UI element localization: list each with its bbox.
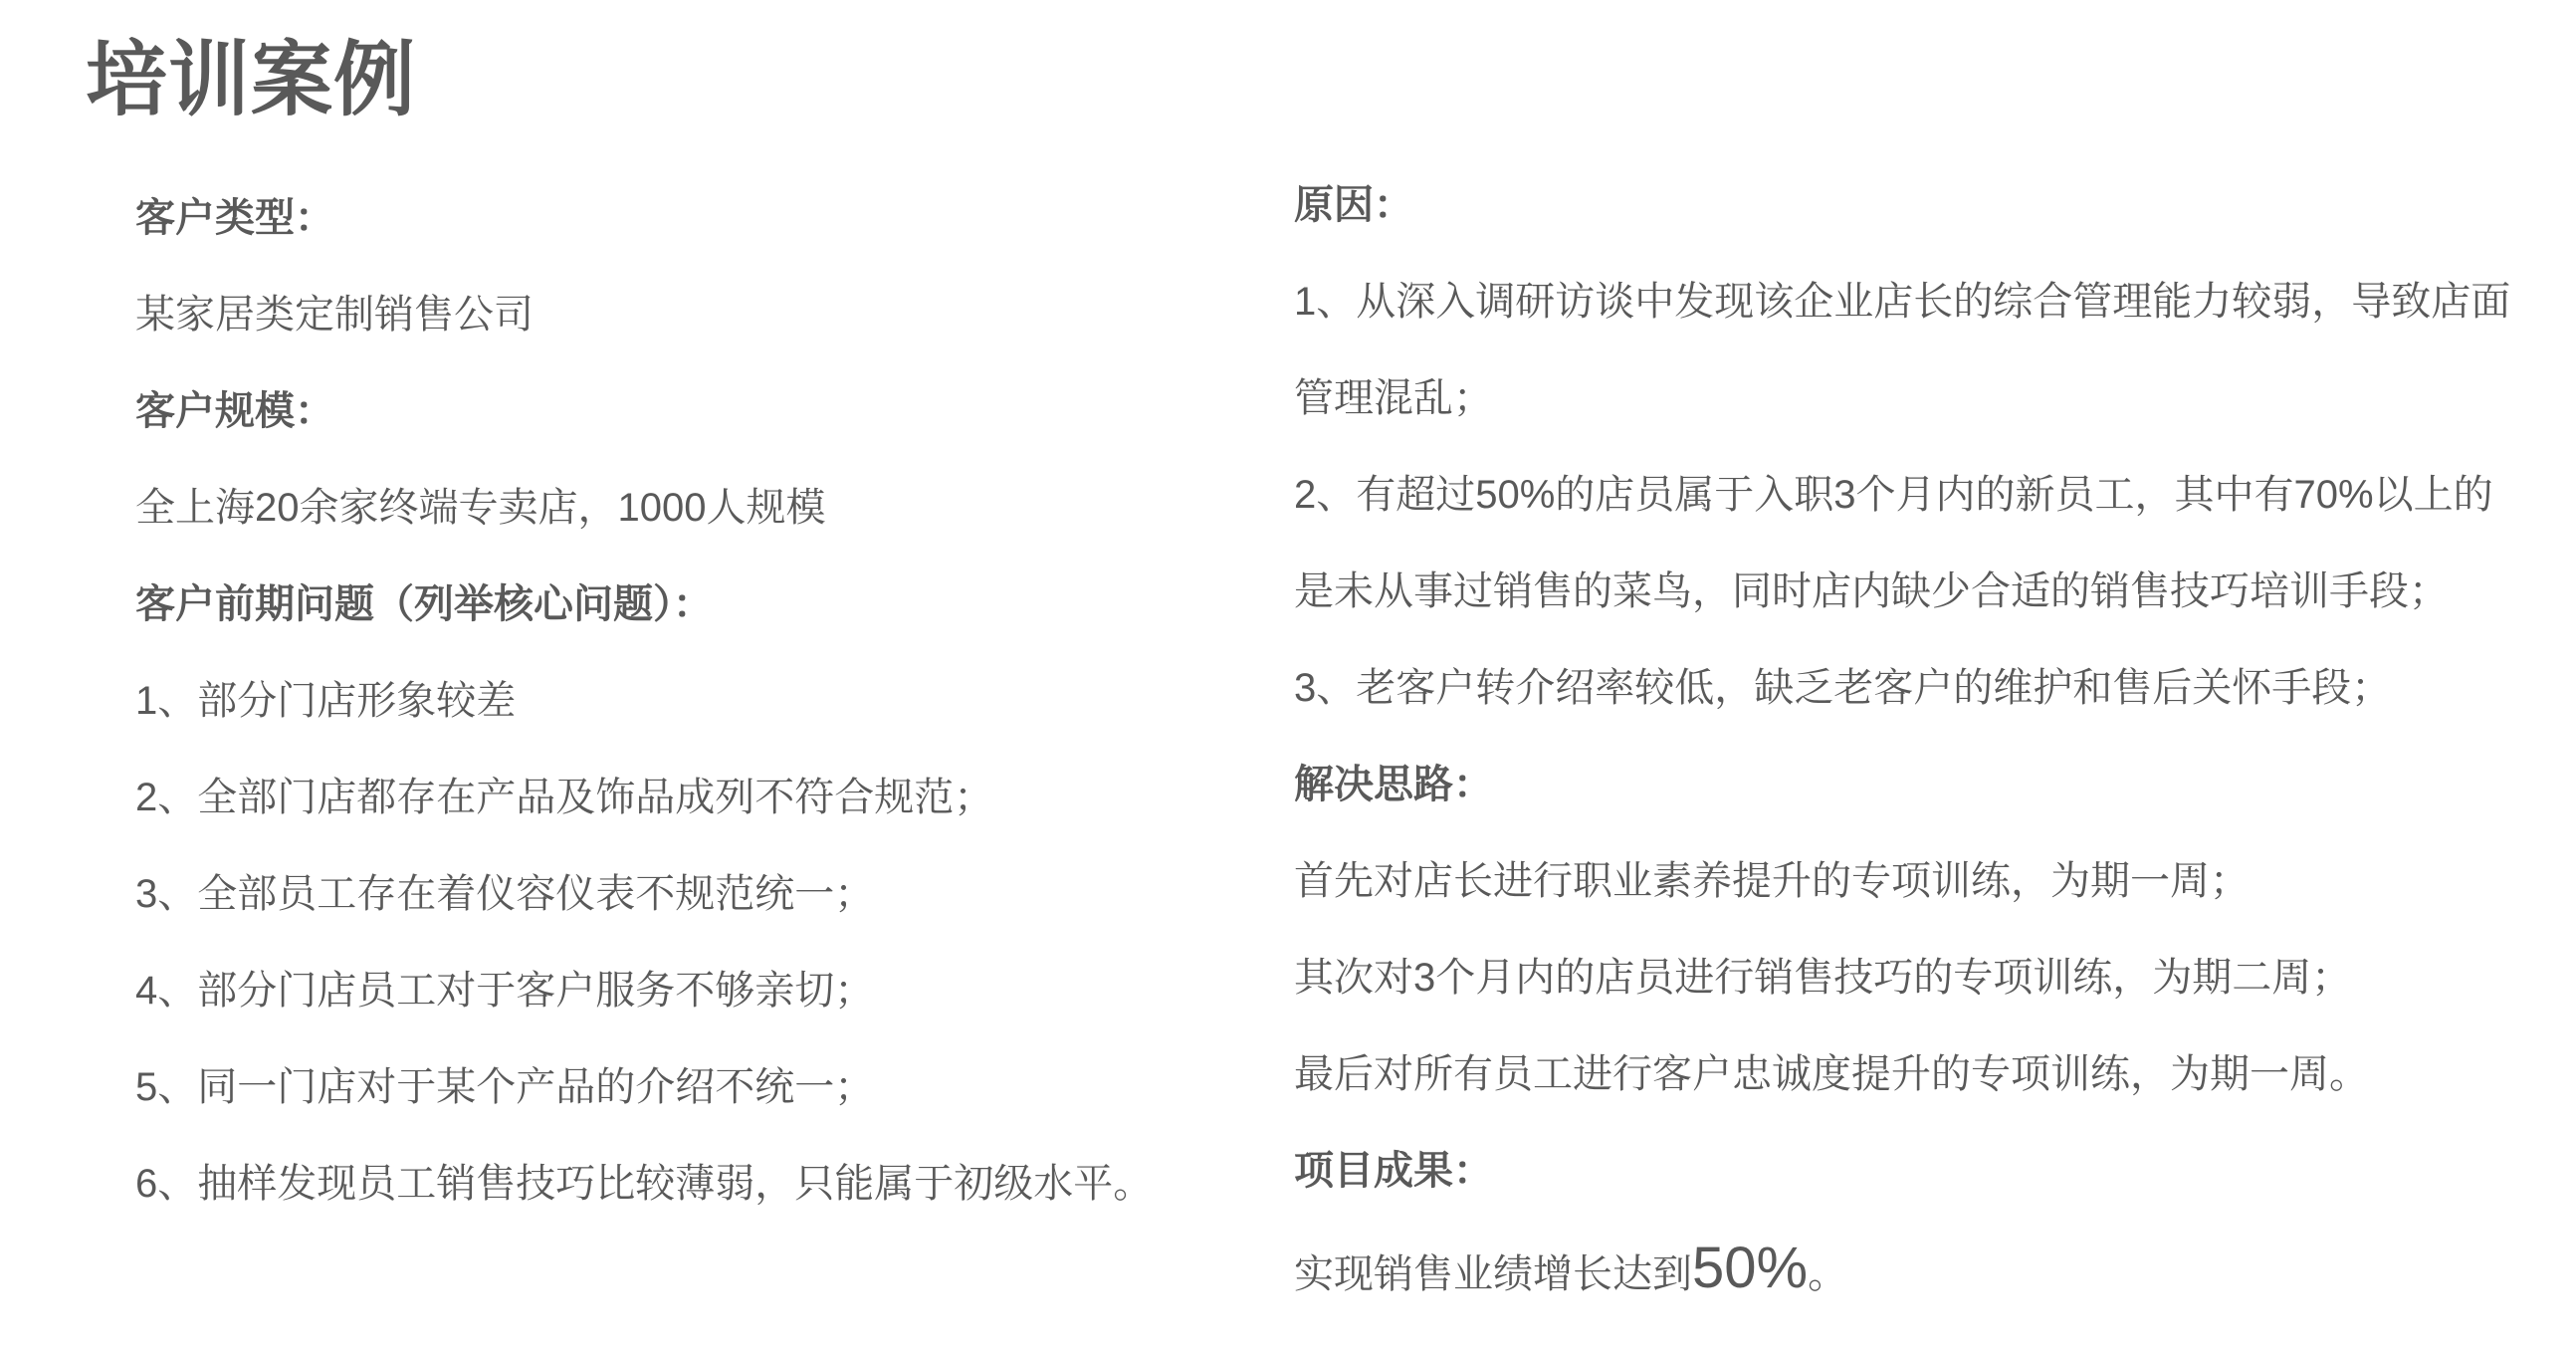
heading-early-problems: 客户前期问题（列举核心问题）： bbox=[135, 557, 1250, 653]
right-column: 原因： 1、从深入调研访谈中发现该企业店长的综合管理能力较弱，导致店面 管理混乱… bbox=[1294, 157, 2558, 1323]
result-highlight: 50% bbox=[1692, 1236, 1808, 1300]
line-solution-2: 其次对3个月内的店员进行销售技巧的专项训练，为期二周； bbox=[1294, 930, 2558, 1026]
heading-reasons: 原因： bbox=[1294, 157, 2558, 254]
line-reason-1: 1、从深入调研访谈中发现该企业店长的综合管理能力较弱，导致店面 bbox=[1294, 254, 2558, 350]
line-problem-6: 6、抽样发现员工销售技巧比较薄弱，只能属于初级水平。 bbox=[135, 1136, 1250, 1233]
line-reason-3: 3、老客户转介绍率较低，缺乏老客户的维护和售后关怀手段； bbox=[1294, 640, 2558, 737]
left-column: 客户类型： 某家居类定制销售公司 客户规模： 全上海20余家终端专卖店，1000… bbox=[135, 170, 1250, 1233]
line-problem-4: 4、部分门店员工对于客户服务不够亲切； bbox=[135, 943, 1250, 1039]
heading-solution: 解决思路： bbox=[1294, 737, 2558, 833]
line-customer-type-value: 某家居类定制销售公司 bbox=[135, 267, 1250, 363]
heading-customer-scale: 客户规模： bbox=[135, 363, 1250, 460]
line-reason-1-cont: 管理混乱； bbox=[1294, 350, 2558, 447]
line-reason-2: 2、有超过50%的店员属于入职3个月内的新员工，其中有70%以上的 bbox=[1294, 447, 2558, 544]
line-customer-scale-value: 全上海20余家终端专卖店，1000人规模 bbox=[135, 460, 1250, 557]
line-reason-2-cont: 是未从事过销售的菜鸟，同时店内缺少合适的销售技巧培训手段； bbox=[1294, 544, 2558, 640]
line-solution-1: 首先对店长进行职业素养提升的专项训练，为期一周； bbox=[1294, 833, 2558, 930]
line-solution-3: 最后对所有员工进行客户忠诚度提升的专项训练，为期一周。 bbox=[1294, 1026, 2558, 1123]
line-problem-2: 2、全部门店都存在产品及饰品成列不符合规范； bbox=[135, 750, 1250, 846]
line-project-result: 实现销售业绩增长达到50%。 bbox=[1294, 1220, 2558, 1323]
line-problem-1: 1、部分门店形象较差 bbox=[135, 653, 1250, 750]
result-period: 。 bbox=[1808, 1252, 1847, 1296]
heading-customer-type: 客户类型： bbox=[135, 170, 1250, 267]
slide-canvas: 培训案例 客户类型： 某家居类定制销售公司 客户规模： 全上海20余家终端专卖店… bbox=[0, 0, 2576, 1354]
page-title: 培训案例 bbox=[86, 34, 416, 127]
line-problem-3: 3、全部员工存在着仪容仪表不规范统一； bbox=[135, 846, 1250, 943]
line-problem-5: 5、同一门店对于某个产品的介绍不统一； bbox=[135, 1039, 1250, 1136]
result-text: 实现销售业绩增长达到 bbox=[1294, 1252, 1692, 1296]
heading-project-result: 项目成果： bbox=[1294, 1123, 2558, 1220]
